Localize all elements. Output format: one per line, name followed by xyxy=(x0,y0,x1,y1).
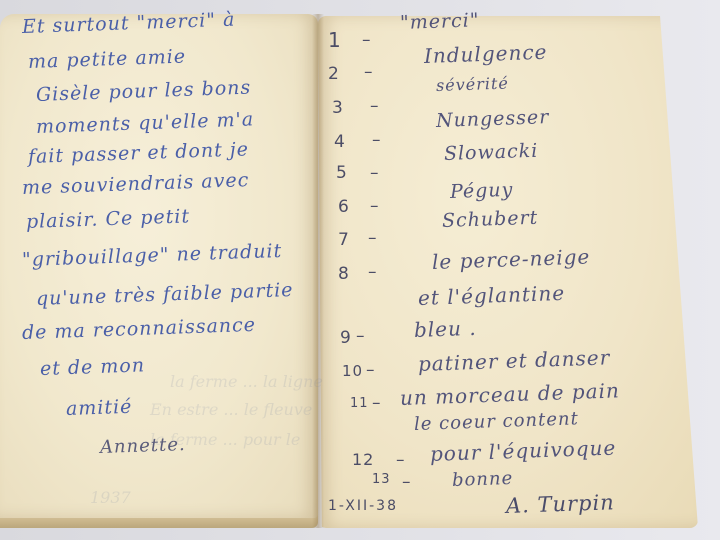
item-number: 3 xyxy=(332,98,344,118)
item-number: 13 xyxy=(372,472,391,487)
item-number: 6 xyxy=(338,197,350,217)
item-number: 5 xyxy=(336,163,348,183)
left-line-11: et de mon xyxy=(40,354,146,380)
date: 1-XII-38 xyxy=(328,498,398,514)
item-dash: – xyxy=(372,393,382,413)
item-number: 12 xyxy=(352,450,374,469)
item-number: 4 xyxy=(334,132,346,152)
item-text: et l'églantine xyxy=(418,281,566,310)
item-text: Nungesser xyxy=(436,106,550,132)
item-dash: – xyxy=(402,472,412,492)
item-dash: – xyxy=(370,96,380,116)
item-text: Péguy xyxy=(450,179,514,203)
item-text: Slowacki xyxy=(444,140,539,165)
item-dash: – xyxy=(368,262,378,282)
item-text: bleu . xyxy=(414,316,477,342)
show-through-text: la ferme ... la ligne xyxy=(170,372,323,391)
item-number: 8 xyxy=(338,264,350,284)
item-dash: – xyxy=(370,163,380,183)
item-text: Indulgence xyxy=(424,40,548,68)
item-text: sévérité xyxy=(436,73,509,95)
item-text: "merci" xyxy=(400,9,480,34)
item-dash: – xyxy=(366,360,376,380)
book-gutter xyxy=(312,14,324,528)
signature: A. Turpin xyxy=(506,490,616,518)
item-text: bonne xyxy=(452,468,514,491)
item-dash: – xyxy=(372,130,382,150)
show-through-text: En estre ... le fleuve xyxy=(150,400,312,419)
notebook-photo: la ferme ... la ligne En estre ... le fl… xyxy=(0,0,720,540)
item-dash: – xyxy=(370,196,380,216)
item-text: Schubert xyxy=(442,207,539,232)
item-number: 10 xyxy=(342,362,363,380)
item-dash: – xyxy=(356,326,366,346)
item-dash: – xyxy=(362,30,372,50)
item-dash: – xyxy=(368,228,378,248)
item-number: 7 xyxy=(338,230,350,250)
left-line-12: amitié xyxy=(66,396,133,420)
left-signature: Annette. xyxy=(100,434,186,458)
show-through-text: 1937 xyxy=(90,488,131,507)
item-number: 2 xyxy=(328,64,340,84)
item-dash: – xyxy=(364,62,374,82)
item-dash: – xyxy=(396,450,406,470)
item-number: 1 xyxy=(328,28,342,52)
item-number: 9 xyxy=(340,328,352,348)
item-number: 11 xyxy=(350,396,369,411)
